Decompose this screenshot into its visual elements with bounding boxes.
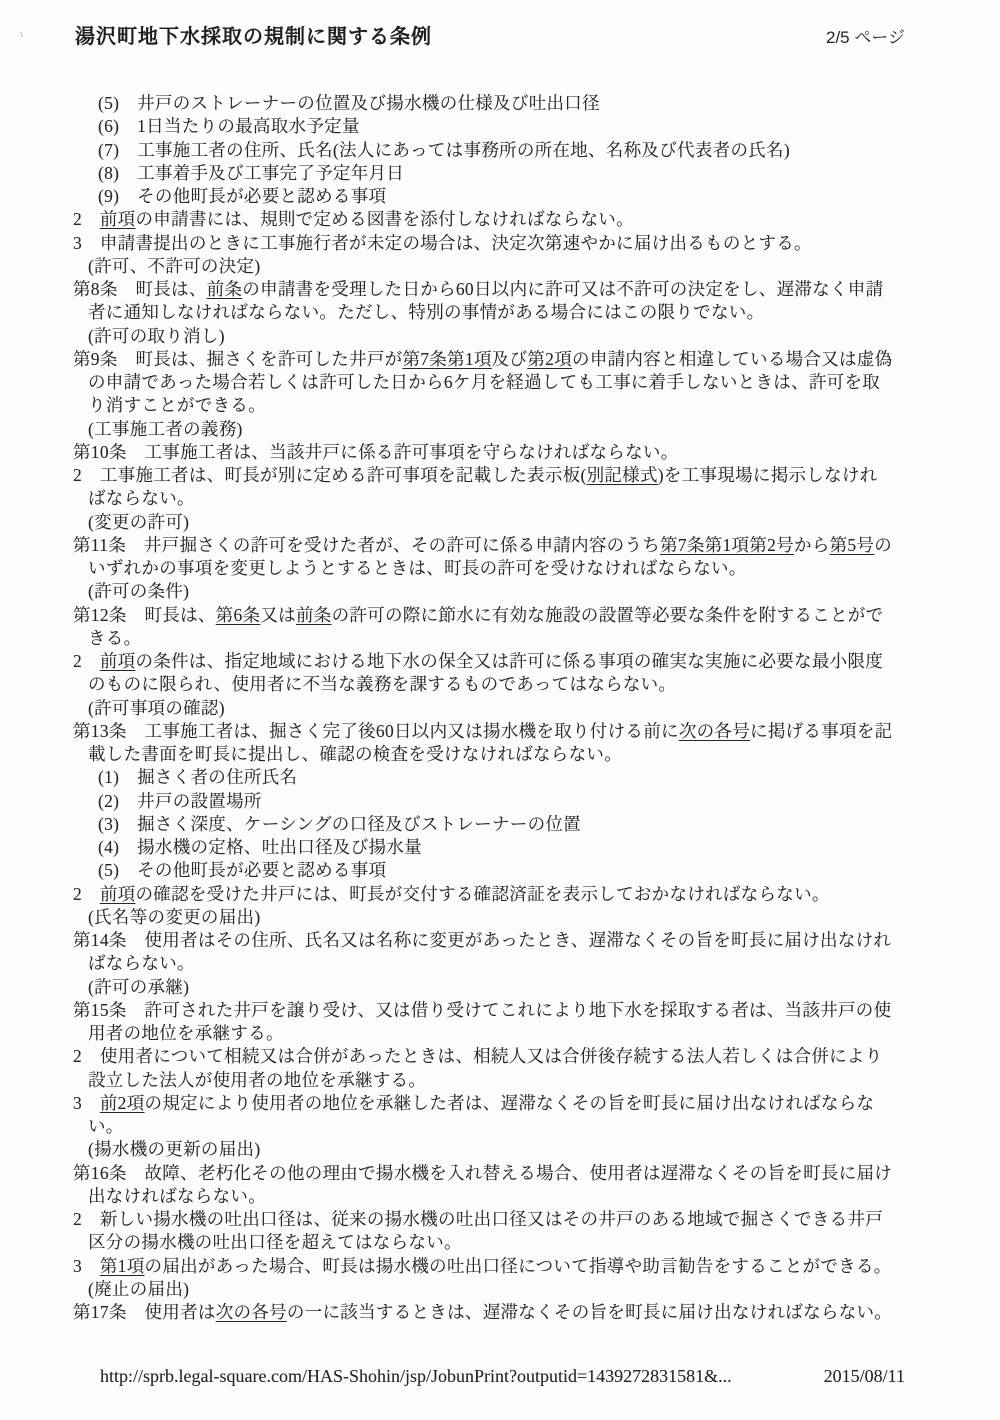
text-segment: の申請であった場合若しくは許可した日から6ケ月を経過しても工事に着手しないときは…	[88, 372, 880, 392]
text-segment: の条件は、指定地域における地下水の保全又は許可に係る事項の確実な実施に必要な最小…	[135, 651, 883, 671]
text-segment: (5) その他町長が必要と認める事項	[98, 860, 386, 880]
text-segment: (1) 掘さく者の住所氏名	[98, 767, 297, 787]
document-line: (許可、不許可の決定)	[73, 255, 960, 278]
text-segment: 用者の地位を承継する。	[88, 1023, 284, 1043]
footer-date: 2015/08/11	[824, 1366, 905, 1387]
document-line: の申請であった場合若しくは許可した日から6ケ月を経過しても工事に着手しないときは…	[73, 371, 960, 394]
document-line: (3) 掘さく深度、ケーシングの口径及びストレーナーの位置	[73, 813, 960, 836]
page-header: 湯沢町地下水採取の規制に関する条例 2/5 ページ	[75, 20, 905, 49]
text-segment: (廃止の届出)	[88, 1279, 189, 1299]
document-line: (許可の取り消し)	[73, 325, 960, 348]
text-segment: (5) 井戸のストレーナーの位置及び揚水機の仕様及び吐出口径	[98, 93, 600, 113]
text-segment: 出なければならない。	[88, 1186, 266, 1206]
document-line: 第14条 使用者はその住所、氏名又は名称に変更があったとき、遅滞なくその旨を町長…	[73, 929, 960, 952]
text-segment: の届出があった場合、町長は揚水機の吐出口径について指導や助言勧告をすることができ…	[145, 1256, 892, 1276]
cross-reference: 第5号	[830, 535, 875, 555]
cross-reference: 前項	[100, 884, 136, 904]
cross-reference: 第2項	[527, 349, 572, 369]
document-line: (許可事項の確認)	[73, 697, 960, 720]
text-segment: (許可の取り消し)	[88, 326, 225, 346]
text-segment: 第12条 町長は、	[73, 605, 216, 625]
document-line: 第17条 使用者は次の各号の一に該当するときは、遅滞なくその旨を町長に届け出なけ…	[73, 1301, 960, 1324]
cross-reference: 前条	[296, 605, 332, 625]
page-footer: http://sprb.legal-square.com/HAS-Shohin/…	[100, 1366, 905, 1387]
text-segment: 第13条 工事施工者は、掘さく完了後60日以内又は揚水機を取り付ける前に	[73, 721, 679, 741]
text-segment: の申請書を受理した日から60日以内に許可又は不許可の決定をし、遅滞なく申請	[242, 279, 883, 299]
page-number: 2/5 ページ	[826, 23, 905, 48]
cross-reference: 前条	[207, 279, 243, 299]
text-segment: 3	[73, 1093, 100, 1113]
document-line: 2 工事施工者は、町長が別に定める許可事項を記載した表示板(別記様式)を工事現場…	[73, 464, 960, 487]
text-segment: (4) 揚水機の定格、吐出口径及び揚水量	[98, 837, 422, 857]
text-segment: に掲げる事項を記	[750, 721, 892, 741]
document-line: 2 前項の条件は、指定地域における地下水の保全又は許可に係る事項の確実な実施に必…	[73, 650, 960, 673]
cross-reference: 前2項	[100, 1093, 145, 1113]
document-lines: (5) 井戸のストレーナーの位置及び揚水機の仕様及び吐出口径(6) 1日当たりの…	[73, 92, 960, 1324]
document-line: 3 申請書提出のときに工事施行者が未定の場合は、決定次第速やかに届け出るものとす…	[73, 232, 960, 255]
text-segment: ばならない。	[88, 953, 195, 973]
text-segment: 2 使用者について相続又は合併があったときは、相続人又は合併後存続する法人若しく…	[73, 1046, 883, 1066]
document-line: 区分の揚水機の吐出口径を超えてはならない。	[73, 1231, 960, 1254]
text-segment: 3	[73, 1256, 100, 1276]
scan-artifact: ι	[19, 28, 24, 40]
text-segment: いずれかの事項を変更しようとするときは、町長の許可を受けなければならない。	[88, 558, 747, 578]
document-line: (9) その他町長が必要と認める事項	[73, 185, 960, 208]
text-segment: の規定により使用者の地位を承継した者は、遅滞なくその旨を町長に届け出なければなら…	[145, 1093, 875, 1113]
document-line: 2 前項の申請書には、規則で定める図書を添付しなければならない。	[73, 208, 960, 231]
cross-reference: 第6条	[216, 605, 261, 625]
document-line: (2) 井戸の設置場所	[73, 790, 960, 813]
document-line: (8) 工事着手及び工事完了予定年月日	[73, 162, 960, 185]
text-segment: (8) 工事着手及び工事完了予定年月日	[98, 163, 404, 183]
text-segment: ばならない。	[88, 488, 195, 508]
document-line: 2 新しい揚水機の吐出口径は、従来の揚水機の吐出口径又はその井戸のある地域で掘さ…	[73, 1208, 960, 1231]
cross-reference: 次の各号	[679, 721, 750, 741]
text-segment: きる。	[88, 628, 141, 648]
document-line: (揚水機の更新の届出)	[73, 1138, 960, 1161]
text-segment: (工事施工者の義務)	[88, 419, 243, 439]
document-line: 第8条 町長は、前条の申請書を受理した日から60日以内に許可又は不許可の決定をし…	[73, 278, 960, 301]
document-line: 出なければならない。	[73, 1185, 960, 1208]
text-segment: (7) 工事施工者の住所、氏名(法人にあっては事務所の所在地、名称及び代表者の氏…	[98, 140, 790, 160]
document-line: きる。	[73, 627, 960, 650]
text-segment: の確認を受けた井戸には、町長が交付する確認済証を表示しておかなければならない。	[135, 884, 829, 904]
cross-reference: 前項	[100, 651, 136, 671]
text-segment: 第15条 許可された井戸を譲り受け、又は借り受けてこれにより地下水を採取する者は…	[73, 1000, 891, 1020]
text-segment: 2	[73, 651, 100, 671]
text-segment: (許可の条件)	[88, 581, 189, 601]
text-segment: 2 新しい揚水機の吐出口径は、従来の揚水機の吐出口径又はその井戸のある地域で掘さ…	[73, 1209, 883, 1229]
document-line: 3 第1項の届出があった場合、町長は揚水機の吐出口径について指導や助言勧告をする…	[73, 1255, 960, 1278]
text-segment: 第11条 井戸掘さくの許可を受けた者が、その許可に係る申請内容のうち	[73, 535, 660, 555]
document-line: 3 前2項の規定により使用者の地位を承継した者は、遅滞なくその旨を町長に届け出な…	[73, 1092, 960, 1115]
document-line: (廃止の届出)	[73, 1278, 960, 1301]
text-segment: 者に通知しなければならない。ただし、特別の事情がある場合にはこの限りでない。	[88, 302, 764, 322]
document-line: (7) 工事施工者の住所、氏名(法人にあっては事務所の所在地、名称及び代表者の氏…	[73, 139, 960, 162]
document-line: (許可の承継)	[73, 976, 960, 999]
text-segment: の	[874, 535, 892, 555]
document-line: (工事施工者の義務)	[73, 418, 960, 441]
text-segment: (6) 1日当たりの最高取水予定量	[98, 116, 360, 136]
text-segment: のものに限られ、使用者に不当な義務を課するものであってはならない。	[88, 674, 676, 694]
document-line: (1) 掘さく者の住所氏名	[73, 766, 960, 789]
document-line: 第9条 町長は、掘さくを許可した井戸が第7条第1項及び第2項の申請内容と相違して…	[73, 348, 960, 371]
text-segment: 第17条 使用者は	[73, 1302, 216, 1322]
text-segment: 載した書面を町長に提出し、確認の検査を受けなければならない。	[88, 744, 622, 764]
text-segment: から	[794, 535, 830, 555]
text-segment: 第14条 使用者はその住所、氏名又は名称に変更があったとき、遅滞なくその旨を町長…	[73, 930, 891, 950]
document-line: (4) 揚水機の定格、吐出口径及び揚水量	[73, 836, 960, 859]
footer-url: http://sprb.legal-square.com/HAS-Shohin/…	[100, 1366, 732, 1387]
document-line: ばならない。	[73, 487, 960, 510]
document-line: 2 前項の確認を受けた井戸には、町長が交付する確認済証を表示しておかなければなら…	[73, 883, 960, 906]
text-segment: (変更の許可)	[88, 512, 189, 532]
text-segment: の申請内容と相違している場合又は虚偽	[572, 349, 892, 369]
text-segment: (揚水機の更新の届出)	[88, 1139, 260, 1159]
text-segment: (3) 掘さく深度、ケーシングの口径及びストレーナーの位置	[98, 814, 581, 834]
cross-reference: 第7条第1項	[402, 349, 491, 369]
document-line: (5) その他町長が必要と認める事項	[73, 859, 960, 882]
text-segment: (許可、不許可の決定)	[88, 256, 260, 276]
text-segment: い。	[88, 1116, 124, 1136]
document-line: (6) 1日当たりの最高取水予定量	[73, 115, 960, 138]
text-segment: (氏名等の変更の届出)	[88, 907, 260, 927]
document-line: (氏名等の変更の届出)	[73, 906, 960, 929]
cross-reference: 第7条第1項第2号	[660, 535, 794, 555]
text-segment: 2	[73, 209, 100, 229]
cross-reference: 第1項	[100, 1256, 145, 1276]
document-line: 第13条 工事施工者は、掘さく完了後60日以内又は揚水機を取り付ける前に次の各号…	[73, 720, 960, 743]
document-page: ι j 湯沢町地下水採取の規制に関する条例 2/5 ページ (5) 井戸のストレ…	[0, 0, 1000, 1420]
text-segment: 第8条 町長は、	[73, 279, 207, 299]
document-line: (変更の許可)	[73, 511, 960, 534]
text-segment: 第16条 故障、老朽化その他の理由で揚水機を入れ替える場合、使用者は遅滞なくその…	[73, 1163, 892, 1183]
document-line: 2 使用者について相続又は合併があったときは、相続人又は合併後存続する法人若しく…	[73, 1045, 960, 1068]
document-line: 第16条 故障、老朽化その他の理由で揚水機を入れ替える場合、使用者は遅滞なくその…	[73, 1162, 960, 1185]
text-segment: の許可の際に節水に有効な施設の設置等必要な条件を附することがで	[332, 605, 884, 625]
document-line: り消すことができる。	[73, 394, 960, 417]
text-segment: 又は	[260, 605, 296, 625]
text-segment: (許可の承継)	[88, 977, 189, 997]
document-title: 湯沢町地下水採取の規制に関する条例	[75, 20, 432, 49]
text-segment: )を工事現場に掲示しなけれ	[658, 465, 878, 485]
text-segment: (2) 井戸の設置場所	[98, 791, 262, 811]
text-segment: 第10条 工事施工者は、当該井戸に係る許可事項を守らなければならない。	[73, 442, 679, 462]
document-line: 第10条 工事施工者は、当該井戸に係る許可事項を守らなければならない。	[73, 441, 960, 464]
document-line: 第12条 町長は、第6条又は前条の許可の際に節水に有効な施設の設置等必要な条件を…	[73, 604, 960, 627]
document-line: (許可の条件)	[73, 580, 960, 603]
cross-reference: 別記様式	[587, 465, 658, 485]
text-segment: 3 申請書提出のときに工事施行者が未定の場合は、決定次第速やかに届け出るものとす…	[73, 233, 812, 253]
text-segment: り消すことができる。	[88, 395, 266, 415]
text-segment: 2	[73, 884, 100, 904]
document-line: 設立した法人が使用者の地位を承継する。	[73, 1069, 960, 1092]
document-line: ばならない。	[73, 952, 960, 975]
text-segment: の申請書には、規則で定める図書を添付しなければならない。	[135, 209, 633, 229]
document-line: 第15条 許可された井戸を譲り受け、又は借り受けてこれにより地下水を採取する者は…	[73, 999, 960, 1022]
document-line: のものに限られ、使用者に不当な義務を課するものであってはならない。	[73, 673, 960, 696]
text-segment: 2 工事施工者は、町長が別に定める許可事項を記載した表示板(	[73, 465, 587, 485]
document-line: い。	[73, 1115, 960, 1138]
document-line: 用者の地位を承継する。	[73, 1022, 960, 1045]
document-line: いずれかの事項を変更しようとするときは、町長の許可を受けなければならない。	[73, 557, 960, 580]
text-segment: 第9条 町長は、掘さくを許可した井戸が	[73, 349, 402, 369]
cross-reference: 次の各号	[216, 1302, 287, 1322]
document-line: 載した書面を町長に提出し、確認の検査を受けなければならない。	[73, 743, 960, 766]
text-segment: (許可事項の確認)	[88, 698, 225, 718]
document-line: 第11条 井戸掘さくの許可を受けた者が、その許可に係る申請内容のうち第7条第1項…	[73, 534, 960, 557]
text-segment: の一に該当するときは、遅滞なくその旨を町長に届け出なければならない。	[287, 1302, 892, 1322]
text-segment: (9) その他町長が必要と認める事項	[98, 186, 386, 206]
document-line: (5) 井戸のストレーナーの位置及び揚水機の仕様及び吐出口径	[73, 92, 960, 115]
text-segment: 及び	[492, 349, 528, 369]
text-segment: 区分の揚水機の吐出口径を超えてはならない。	[88, 1232, 462, 1252]
document-line: 者に通知しなければならない。ただし、特別の事情がある場合にはこの限りでない。	[73, 301, 960, 324]
cross-reference: 前項	[100, 209, 136, 229]
text-segment: 設立した法人が使用者の地位を承継する。	[88, 1070, 426, 1090]
